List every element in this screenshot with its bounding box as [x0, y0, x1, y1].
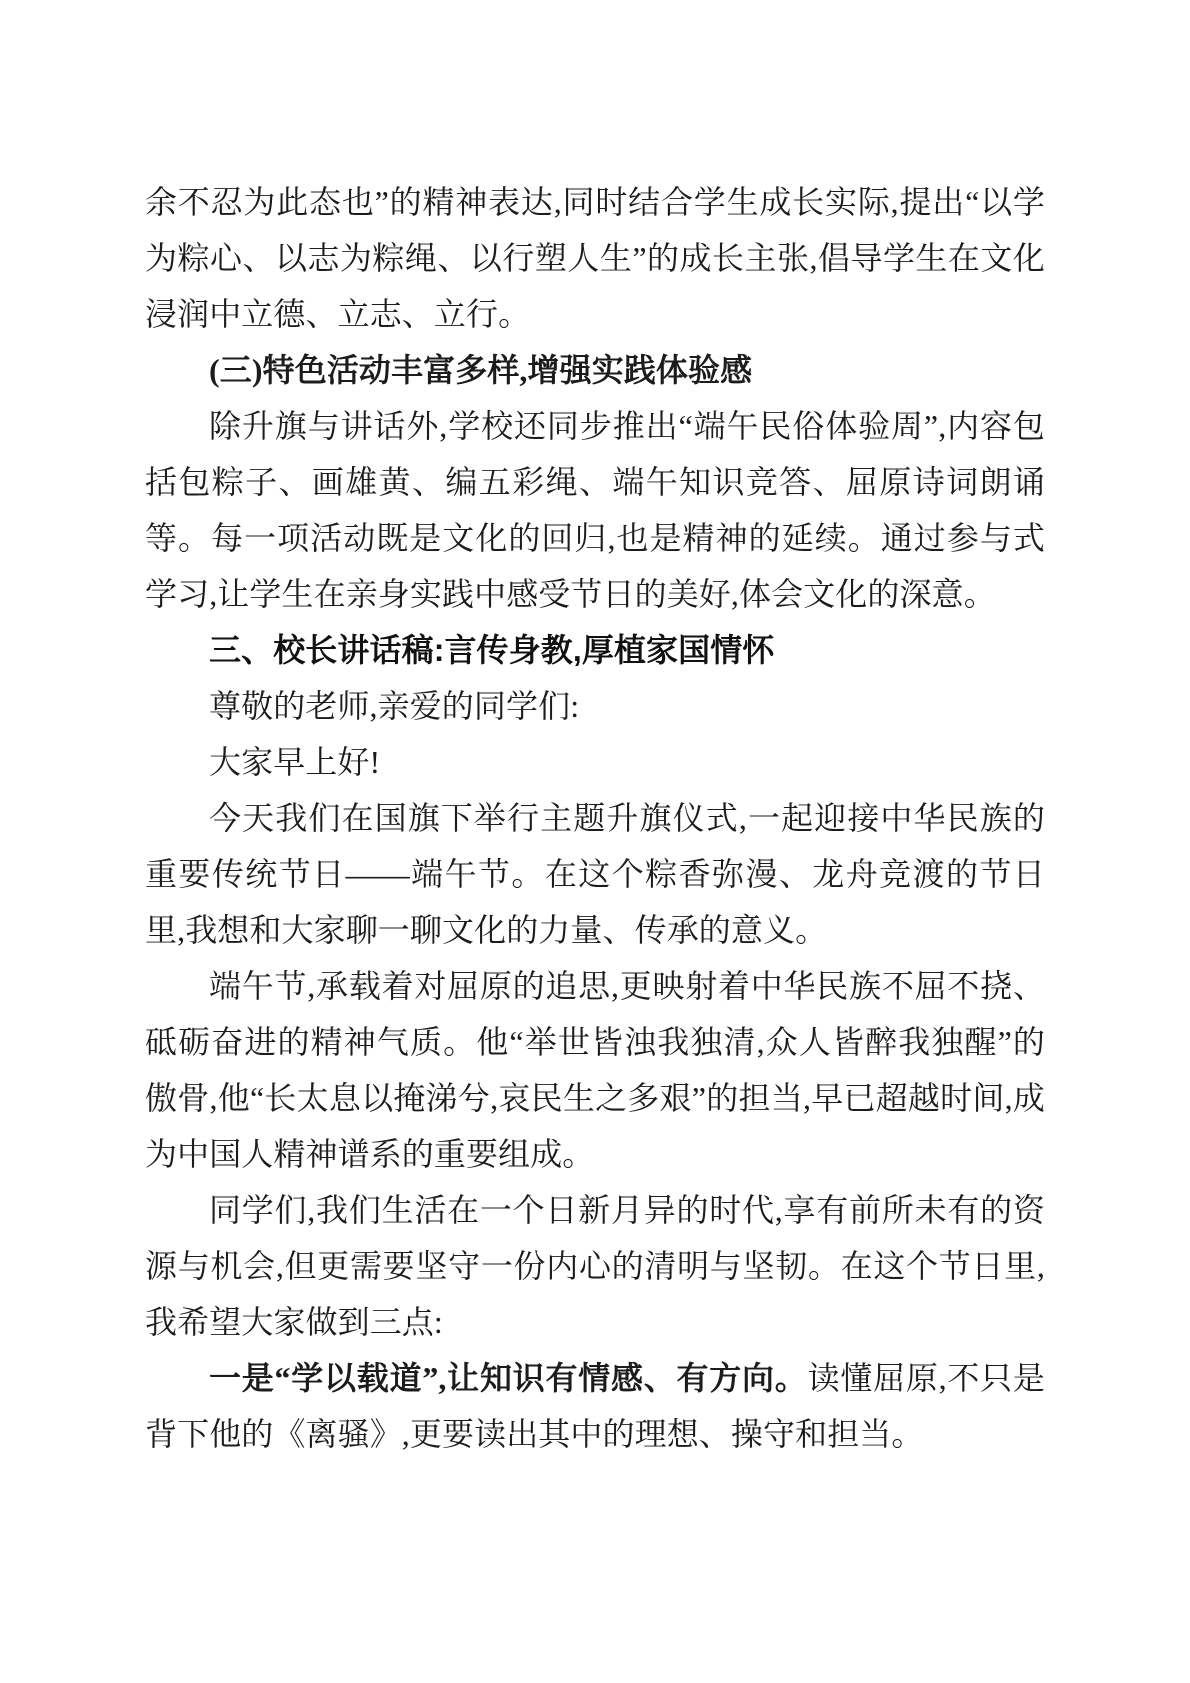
paragraph-text: 端午节,承载着对屈原的追思,更映射着中华民族不屈不挠、砥砺奋进的精神气质。他“举…	[145, 968, 1045, 1172]
paragraph-text: 尊敬的老师,亲爱的同学们:	[209, 688, 579, 724]
paragraph-activities: 除升旗与讲话外,学校还同步推出“端午民俗体验周”,内容包括包粽子、画雄黄、编五彩…	[145, 398, 1045, 622]
document-page: 余不忍为此态也”的精神表达,同时结合学生成长实际,提出“以学为粽心、以志为粽绳、…	[0, 0, 1190, 1683]
document-text-block: 余不忍为此态也”的精神表达,同时结合学生成长实际,提出“以学为粽心、以志为粽绳、…	[145, 174, 1045, 1462]
paragraph-text: 今天我们在国旗下举行主题升旗仪式,一起迎接中华民族的重要传统节日——端午节。在这…	[145, 800, 1045, 948]
sub-heading-3-text: (三)特色活动丰富多样,增强实践体验感	[209, 352, 752, 388]
paragraph-text: 余不忍为此态也”的精神表达,同时结合学生成长实际,提出“以学为粽心、以志为粽绳、…	[145, 184, 1045, 332]
paragraph-point-one: 一是“学以载道”,让知识有情感、有方向。读懂屈原,不只是背下他的《离骚》,更要读…	[145, 1350, 1045, 1462]
paragraph-greeting: 大家早上好!	[145, 734, 1045, 790]
paragraph-text: 大家早上好!	[209, 744, 380, 780]
paragraph-quyuan-spirit: 端午节,承载着对屈原的追思,更映射着中华民族不屈不挠、砥砺奋进的精神气质。他“举…	[145, 958, 1045, 1182]
section-heading-text: 三、校长讲话稿:言传身教,厚植家国情怀	[209, 632, 774, 668]
paragraph-continuation: 余不忍为此态也”的精神表达,同时结合学生成长实际,提出“以学为粽心、以志为粽绳、…	[145, 174, 1045, 342]
sub-heading-3: (三)特色活动丰富多样,增强实践体验感	[145, 342, 1045, 398]
paragraph-three-points-intro: 同学们,我们生活在一个日新月异的时代,享有前所未有的资源与机会,但更需要坚守一份…	[145, 1182, 1045, 1350]
paragraph-text: 除升旗与讲话外,学校还同步推出“端午民俗体验周”,内容包括包粽子、画雄黄、编五彩…	[145, 408, 1045, 612]
paragraph-salutation: 尊敬的老师,亲爱的同学们:	[145, 678, 1045, 734]
section-heading-speech: 三、校长讲话稿:言传身教,厚植家国情怀	[145, 622, 1045, 678]
paragraph-text: 同学们,我们生活在一个日新月异的时代,享有前所未有的资源与机会,但更需要坚守一份…	[145, 1192, 1045, 1340]
point-one-lead-text: 一是“学以载道”,让知识有情感、有方向。	[209, 1360, 808, 1396]
paragraph-ceremony-intro: 今天我们在国旗下举行主题升旗仪式,一起迎接中华民族的重要传统节日——端午节。在这…	[145, 790, 1045, 958]
